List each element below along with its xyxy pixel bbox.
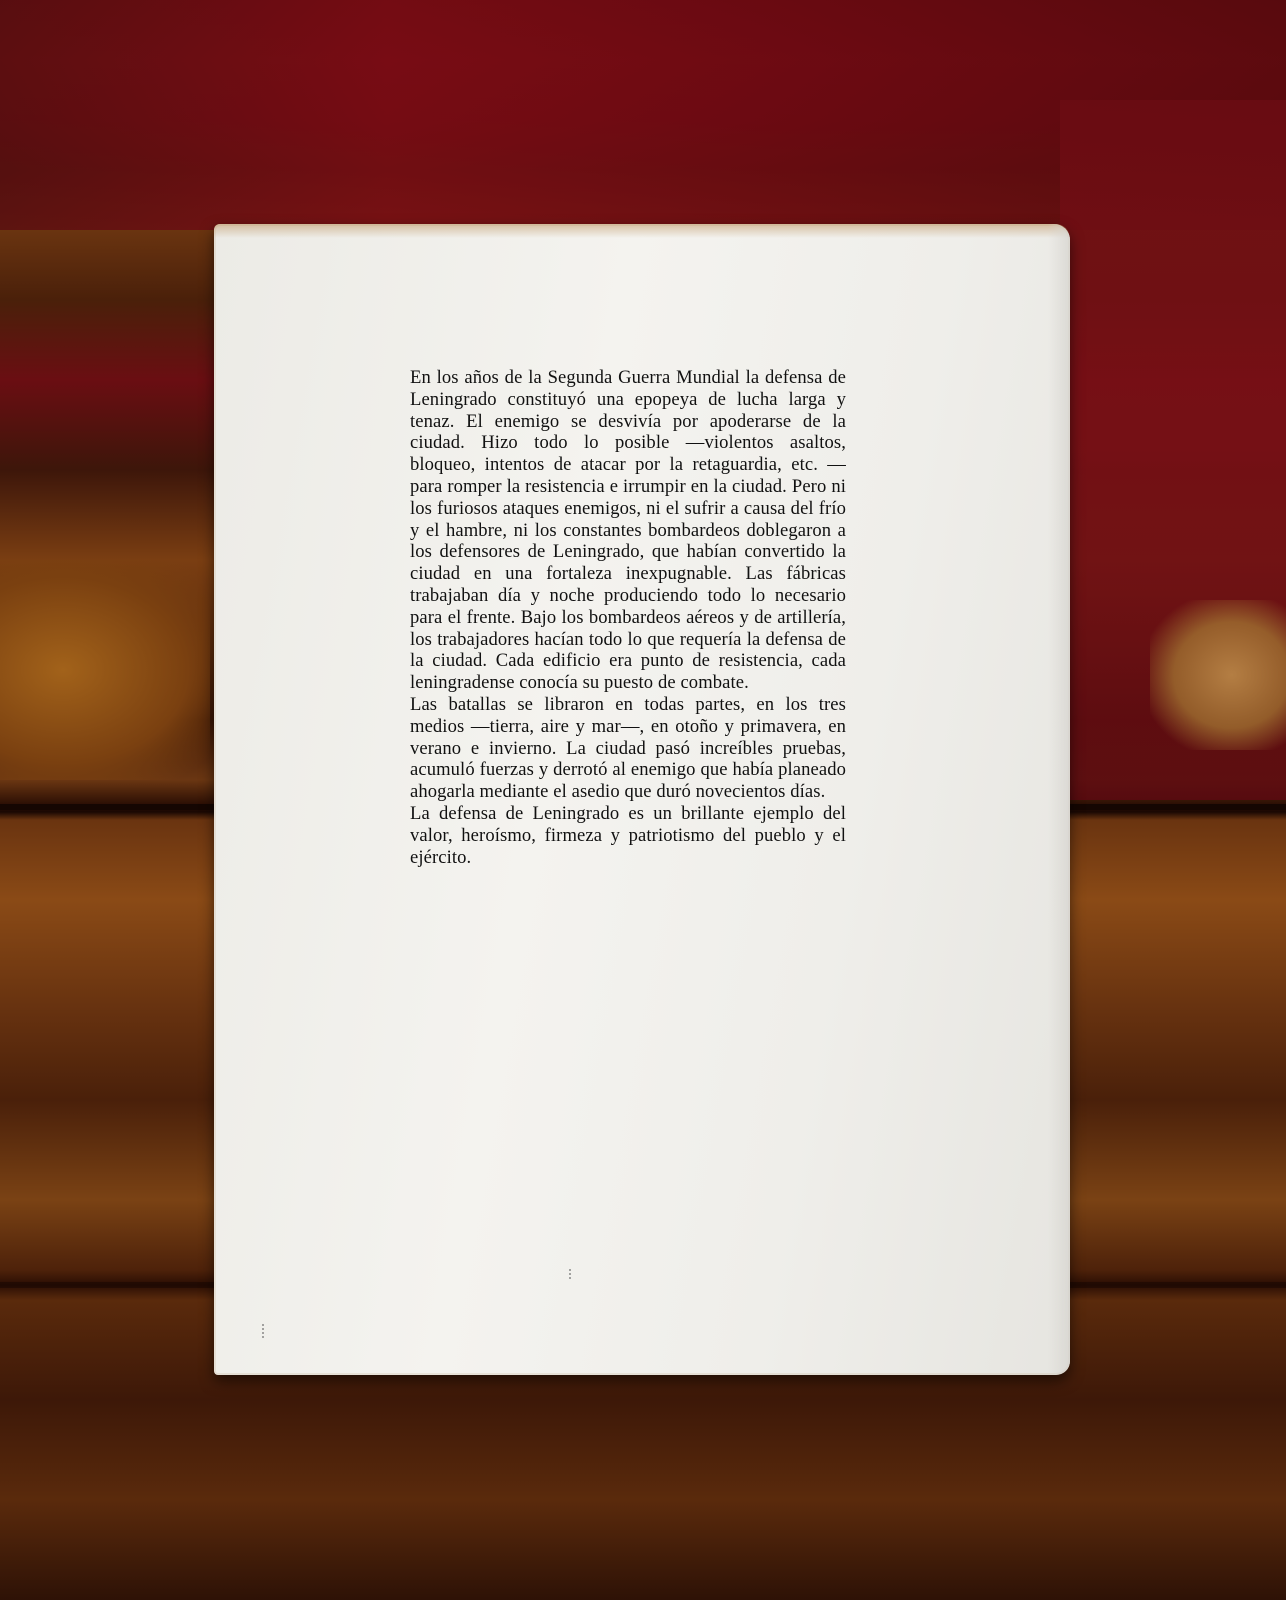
blurb-paragraph-2: Las batallas se libraron en todas partes…: [410, 694, 846, 803]
cover-speck: [569, 1269, 577, 1279]
blurb-paragraph-1: En los años de la Segunda Guerra Mundial…: [410, 367, 846, 694]
blurb-paragraph-3: La defensa de Leningrado es un brillante…: [410, 803, 846, 868]
back-cover-blurb: En los años de la Segunda Guerra Mundial…: [410, 367, 846, 868]
book-edge: [1048, 224, 1070, 1375]
worn-paint-patch-left: [0, 560, 210, 780]
cover-speck: [262, 1324, 270, 1338]
worn-paint-patch-right: [1150, 600, 1286, 750]
book-back-cover: En los años de la Segunda Guerra Mundial…: [214, 224, 1070, 1375]
